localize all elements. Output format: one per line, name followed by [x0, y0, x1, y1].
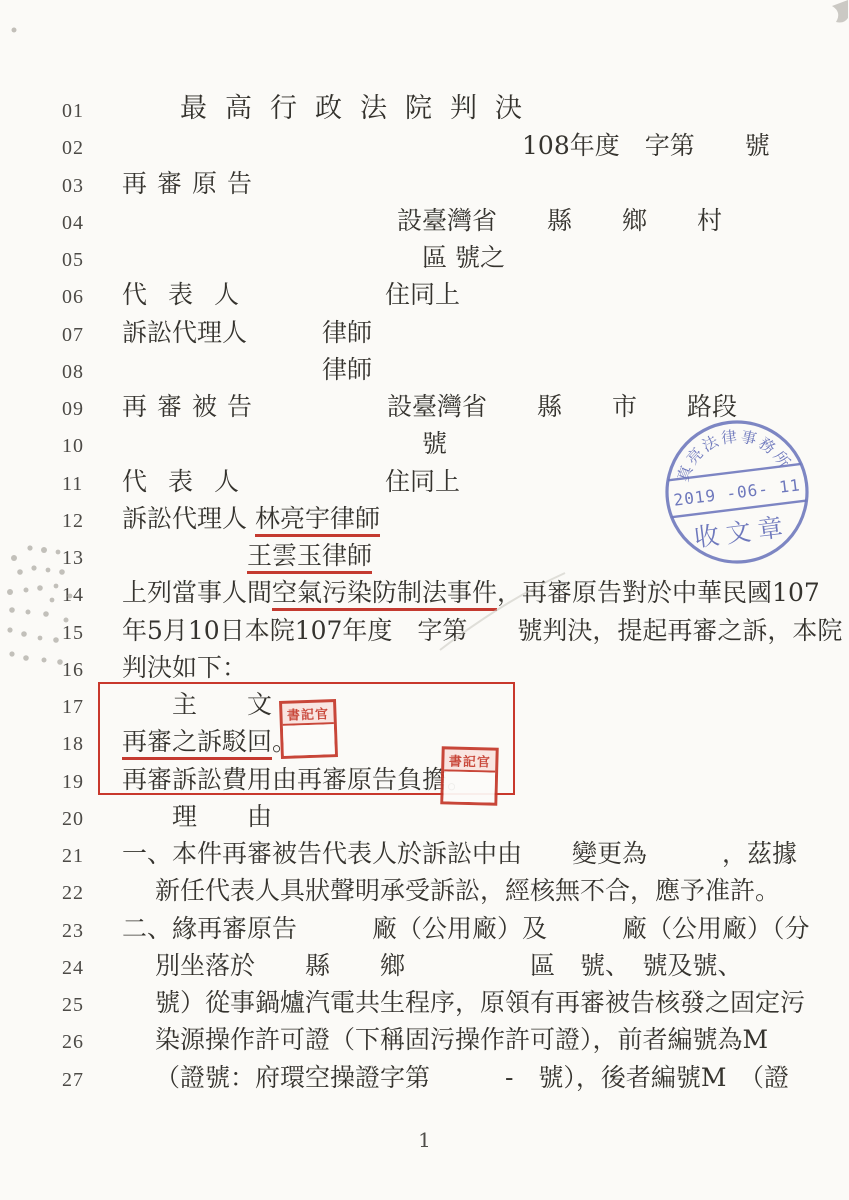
text-segment: 理 由 — [122, 802, 272, 831]
doc-line: 03再審原告 — [62, 165, 262, 202]
text-segment: 二、緣再審原告 廠（公用廠）及 廠（公用廠）（分 — [122, 914, 810, 943]
red-underlined-text: 再審之訴駁回 — [122, 727, 272, 760]
doc-line: 23二、緣再審原告 廠（公用廠）及 廠（公用廠）（分 — [62, 910, 810, 947]
text-segment: 訴訟代理人 — [122, 504, 255, 533]
text-segment: 一、本件再審被告代表人於訴訟中由 變更為 ，茲據 — [122, 839, 797, 868]
text-segment: 108年度 字第 號 — [122, 131, 770, 160]
text-segment: 訴訟代理人 律師 — [122, 318, 372, 347]
line-text: 律師 — [122, 355, 372, 384]
doc-line: 01 最高行政法院判決 — [62, 90, 540, 127]
line-text: 再審原告 — [122, 169, 262, 198]
line-text: 一、本件再審被告代表人於訴訟中由 變更為 ，茲據 — [122, 839, 797, 868]
doc-line: 08 律師 — [62, 351, 372, 388]
line-text: 上列當事人間空氣污染防制法事件，再審原告對於中華民國107 — [122, 578, 820, 607]
text-segment: （證號：府環空操證字第 - 號），後者編號M （證 — [122, 1063, 789, 1092]
text-segment: 號 — [122, 429, 447, 458]
doc-line: 05 區 號之 — [62, 239, 505, 276]
text-segment — [122, 541, 247, 570]
text-segment: 代表人 — [122, 280, 260, 309]
doc-line: 17 主 文 — [62, 686, 272, 723]
text-segment: 再審訴訟費用由再審原告負擔。 — [122, 765, 472, 794]
doc-line: 25 號）從事鍋爐汽電共生程序，原領有再審被告核發之固定污 — [62, 984, 805, 1021]
line-number: 09 — [62, 391, 98, 428]
line-number: 21 — [62, 838, 98, 875]
doc-line: 27 （證號：府環空操證字第 - 號），後者編號M （證 — [62, 1059, 789, 1096]
doc-line: 04 設臺灣省 縣 鄉 村 — [62, 202, 722, 239]
red-underlined-text: 林亮宇律師 — [255, 504, 380, 537]
clerk-stamp-blank-box — [283, 724, 335, 756]
line-number: 08 — [62, 354, 98, 391]
line-number: 16 — [62, 652, 98, 689]
text-segment: 染源操作許可證（下稱固污操作許可證），前者編號為M — [122, 1025, 768, 1054]
doc-line: 19再審訴訟費用由再審原告負擔。 — [62, 761, 472, 798]
clerk-stamp-blank-box — [443, 771, 495, 802]
line-number: 06 — [62, 279, 98, 316]
line-text: 訴訟代理人 林亮宇律師 — [122, 504, 380, 533]
text-segment: 最高行政法院判決 — [180, 93, 540, 124]
doc-line: 12訴訟代理人 林亮宇律師 — [62, 500, 380, 537]
line-number: 07 — [62, 317, 98, 354]
stamp-circle — [659, 414, 815, 570]
line-text: 設臺灣省 縣 鄉 村 — [122, 206, 722, 235]
line-text: 主 文 — [122, 690, 272, 719]
line-number: 20 — [62, 801, 98, 838]
line-text: 號 — [122, 429, 447, 458]
text-segment: 設臺灣省 縣 市 路段 — [262, 392, 737, 421]
line-number: 01 — [62, 93, 98, 130]
line-number: 19 — [62, 764, 98, 801]
line-number: 10 — [62, 428, 98, 465]
clerk-stamp: 書記官 — [279, 699, 338, 759]
line-text: （證號：府環空操證字第 - 號），後者編號M （證 — [122, 1063, 789, 1092]
corner-speck — [12, 28, 17, 33]
doc-line: 21一、本件再審被告代表人於訴訟中由 變更為 ，茲據 — [62, 835, 797, 872]
clerk-stamp-label: 書記官 — [444, 749, 496, 772]
doc-line: 15年5月10日本院107年度 字第 號判決，提起再審之訴，本院 — [62, 612, 842, 649]
line-number: 23 — [62, 913, 98, 950]
text-segment: 判決如下： — [122, 653, 247, 682]
line-text: 理 由 — [122, 802, 272, 831]
clerk-stamp-label: 書記官 — [282, 702, 334, 726]
line-number: 25 — [62, 987, 98, 1024]
text-segment: 律師 — [122, 355, 372, 384]
text-segment: 區 號之 — [122, 243, 505, 272]
text-segment: 主 文 — [122, 690, 272, 719]
line-number: 27 — [62, 1062, 98, 1099]
line-number: 11 — [62, 466, 98, 503]
line-text: 108年度 字第 號 — [122, 131, 770, 160]
line-number: 18 — [62, 726, 98, 763]
text-segment: 設臺灣省 縣 鄉 村 — [122, 206, 722, 235]
line-number: 15 — [62, 615, 98, 652]
line-text: 再審訴訟費用由再審原告負擔。 — [122, 765, 472, 794]
line-text: 別坐落於 縣 鄉 區 號、 號及號、 — [122, 951, 742, 980]
line-text: 染源操作許可證（下稱固污操作許可證），前者編號為M — [122, 1025, 768, 1054]
text-segment: 別坐落於 縣 鄉 區 號、 號及號、 — [122, 951, 742, 980]
scanned-judgment-page: 01 最高行政法院判決02 108年度 字第 號03再審原告04 設臺灣省 縣 … — [0, 0, 849, 1200]
doc-line: 16判決如下： — [62, 649, 247, 686]
clerk-stamp: 書記官 — [440, 746, 498, 805]
line-text: 王雲玉律師 — [122, 541, 372, 570]
text-segment: 號）從事鍋爐汽電共生程序，原領有再審被告核發之固定污 — [122, 988, 805, 1017]
line-number: 02 — [62, 130, 98, 167]
line-number: 17 — [62, 689, 98, 726]
doc-line: 18再審之訴駁回。 — [62, 723, 297, 760]
line-text: 代表人 住同上 — [122, 467, 460, 496]
doc-line: 24 別坐落於 縣 鄉 區 號、 號及號、 — [62, 947, 742, 984]
doc-line: 13 王雲玉律師 — [62, 537, 372, 574]
red-underlined-text: 王雲玉律師 — [247, 541, 372, 574]
line-text: 號）從事鍋爐汽電共生程序，原領有再審被告核發之固定污 — [122, 988, 805, 1017]
line-text: 再審之訴駁回。 — [122, 727, 297, 756]
doc-line: 07訴訟代理人 律師 — [62, 314, 372, 351]
corner-mark — [832, 0, 848, 23]
line-text: 年5月10日本院107年度 字第 號判決，提起再審之訴，本院 — [122, 616, 842, 645]
text-segment: 再審被告 — [122, 392, 262, 421]
line-text: 判決如下： — [122, 653, 247, 682]
stamp-date: 2019 -06- 11 — [673, 475, 802, 509]
text-segment: ，再審原告對於中華民國107 — [497, 578, 820, 607]
stamp-office-arc-text: 真亮法律事務所 — [668, 421, 796, 486]
text-segment: 代表人 — [122, 467, 260, 496]
line-number: 22 — [62, 875, 98, 912]
law-office-received-stamp: 真亮法律事務所 2019 -06- 11 收文章 — [653, 408, 820, 575]
page-number: 1 — [0, 1128, 849, 1152]
line-text: 區 號之 — [122, 243, 505, 272]
line-number: 03 — [62, 168, 98, 205]
line-number: 04 — [62, 205, 98, 242]
red-underlined-text: 空氣污染防制法事件 — [272, 578, 497, 611]
text-segment: 再審原告 — [122, 169, 262, 198]
text-segment: 住同上 — [260, 467, 460, 496]
line-number: 26 — [62, 1024, 98, 1061]
line-number: 12 — [62, 503, 98, 540]
text-segment: 新任代表人具狀聲明承受訴訟，經核無不合，應予准許。 — [122, 876, 780, 905]
line-text: 新任代表人具狀聲明承受訴訟，經核無不合，應予准許。 — [122, 876, 780, 905]
doc-line: 10 號 — [62, 425, 447, 462]
doc-line: 11代表人 住同上 — [62, 463, 460, 500]
line-text: 再審被告 設臺灣省 縣 市 路段 — [122, 392, 737, 421]
line-number: 05 — [62, 242, 98, 279]
doc-line: 26 染源操作許可證（下稱固污操作許可證），前者編號為M — [62, 1021, 768, 1058]
line-text: 二、緣再審原告 廠（公用廠）及 廠（公用廠）（分 — [122, 914, 810, 943]
text-segment: 上列當事人間 — [122, 578, 272, 607]
stamp-received-label: 收文章 — [693, 512, 792, 552]
line-text: 代表人 住同上 — [122, 280, 460, 309]
line-text: 最高行政法院判決 — [122, 94, 540, 123]
line-number: 24 — [62, 950, 98, 987]
text-segment: 住同上 — [260, 280, 460, 309]
text-segment: 年5月10日本院107年度 字第 號判決，提起再審之訴，本院 — [122, 616, 842, 645]
line-text: 訴訟代理人 律師 — [122, 318, 372, 347]
doc-line: 14上列當事人間空氣污染防制法事件，再審原告對於中華民國107 — [62, 574, 820, 611]
doc-line: 02 108年度 字第 號 — [62, 127, 770, 164]
line-number: 13 — [62, 540, 98, 577]
doc-line: 20 理 由 — [62, 798, 272, 835]
line-number: 14 — [62, 577, 98, 614]
doc-line: 09再審被告 設臺灣省 縣 市 路段 — [62, 388, 737, 425]
doc-line: 06代表人 住同上 — [62, 276, 460, 313]
doc-line: 22 新任代表人具狀聲明承受訴訟，經核無不合，應予准許。 — [62, 872, 780, 909]
text-segment — [122, 94, 180, 123]
